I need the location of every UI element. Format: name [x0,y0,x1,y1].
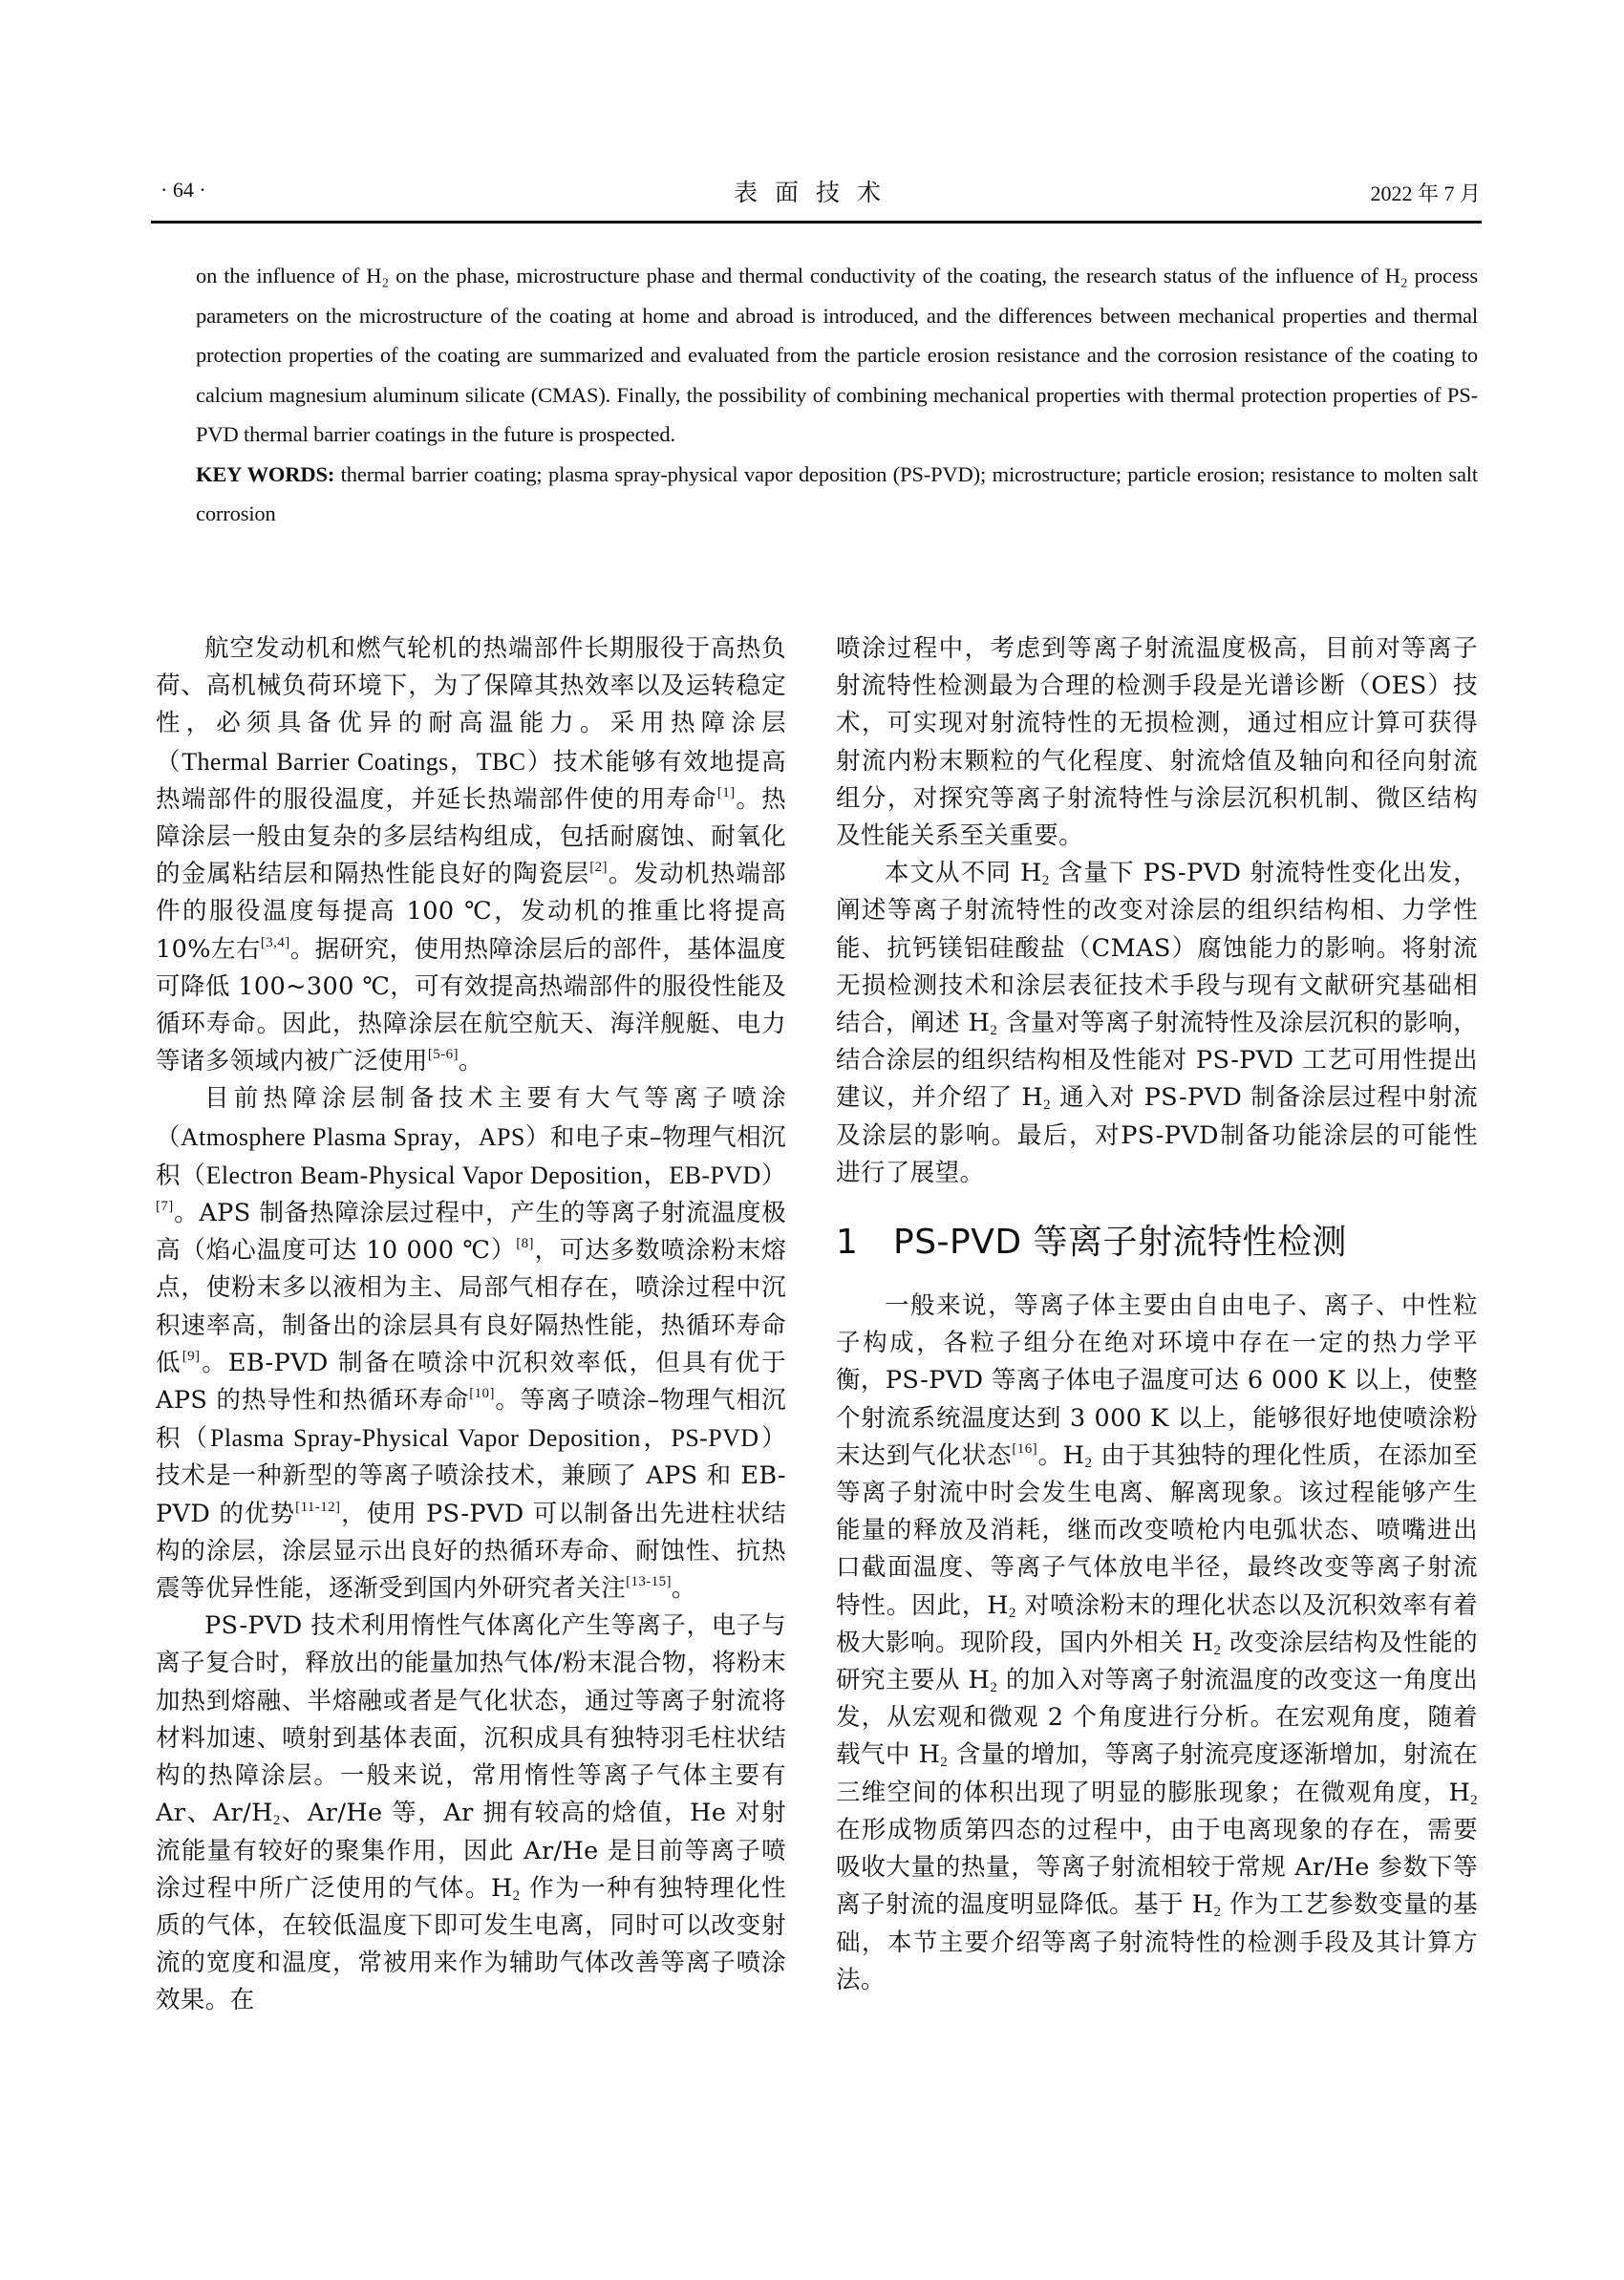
running-header: · 64 · 表面技术 2022 年 7 月 [151,174,1481,212]
keywords: KEY WORDS: thermal barrier coating; plas… [196,455,1478,534]
section-heading-1: 1PS-PVD 等离子射流特性检测 [836,1219,1478,1267]
paragraph-intro: 航空发动机和燃气轮机的热端部件长期服役于高热负荷、高机械负荷环境下，为了保障其热… [156,630,786,1080]
issue-date: 2022 年 7 月 [1370,178,1481,207]
citation[interactable]: [11-12] [295,1500,340,1515]
citation[interactable]: [8] [516,1236,534,1251]
header-divider [151,221,1482,224]
body-column-right: 喷涂过程中，考虑到等离子射流温度极高，目前对等离子射流特性检测最为合理的检测手段… [836,630,1478,1999]
citation[interactable]: [9] [182,1349,201,1364]
paragraph-continuation: 喷涂过程中，考虑到等离子射流温度极高，目前对等离子射流特性检测最为合理的检测手段… [836,630,1478,855]
citation[interactable]: [7] [156,1199,174,1214]
body-column-left: 航空发动机和燃气轮机的热端部件长期服役于高热负荷、高机械负荷环境下，为了保障其热… [156,630,786,2020]
paragraph-ps-pvd: PS-PVD 技术利用惰性气体离化产生等离子，电子与离子复合时，释放出的能量加热… [156,1608,786,2019]
citation[interactable]: [16] [1012,1441,1037,1457]
citation[interactable]: [10] [469,1386,495,1401]
citation[interactable]: [3,4] [261,935,290,950]
paragraph-plasma-detection: 一般来说，等离子体主要由自由电子、离子、中性粒子构成，各粒子组分在绝对环境中存在… [836,1288,1478,1999]
citation[interactable]: [2] [589,860,608,875]
english-abstract: on the influence of H₂ on the phase, mic… [196,256,1478,534]
section-number: 1 [836,1219,893,1267]
section-title: PS-PVD 等离子射流特性检测 [893,1223,1347,1262]
abstract-text: on the influence of H₂ on the phase, mic… [196,256,1478,455]
citation[interactable]: [1] [717,785,736,800]
keywords-text: thermal barrier coating; plasma spray-ph… [196,462,1478,526]
citation[interactable]: [5-6] [428,1047,459,1062]
paragraph-techniques: 目前热障涂层制备技术主要有大气等离子喷涂（Atmosphere Plasma S… [156,1080,786,1608]
citation[interactable]: [13-15] [626,1574,672,1589]
journal-title: 表面技术 [151,174,1481,208]
keywords-label: KEY WORDS: [196,462,334,486]
paragraph-scope: 本文从不同 H2 含量下 PS-PVD 射流特性变化出发，阐述等离子射流特性的改… [836,855,1478,1192]
